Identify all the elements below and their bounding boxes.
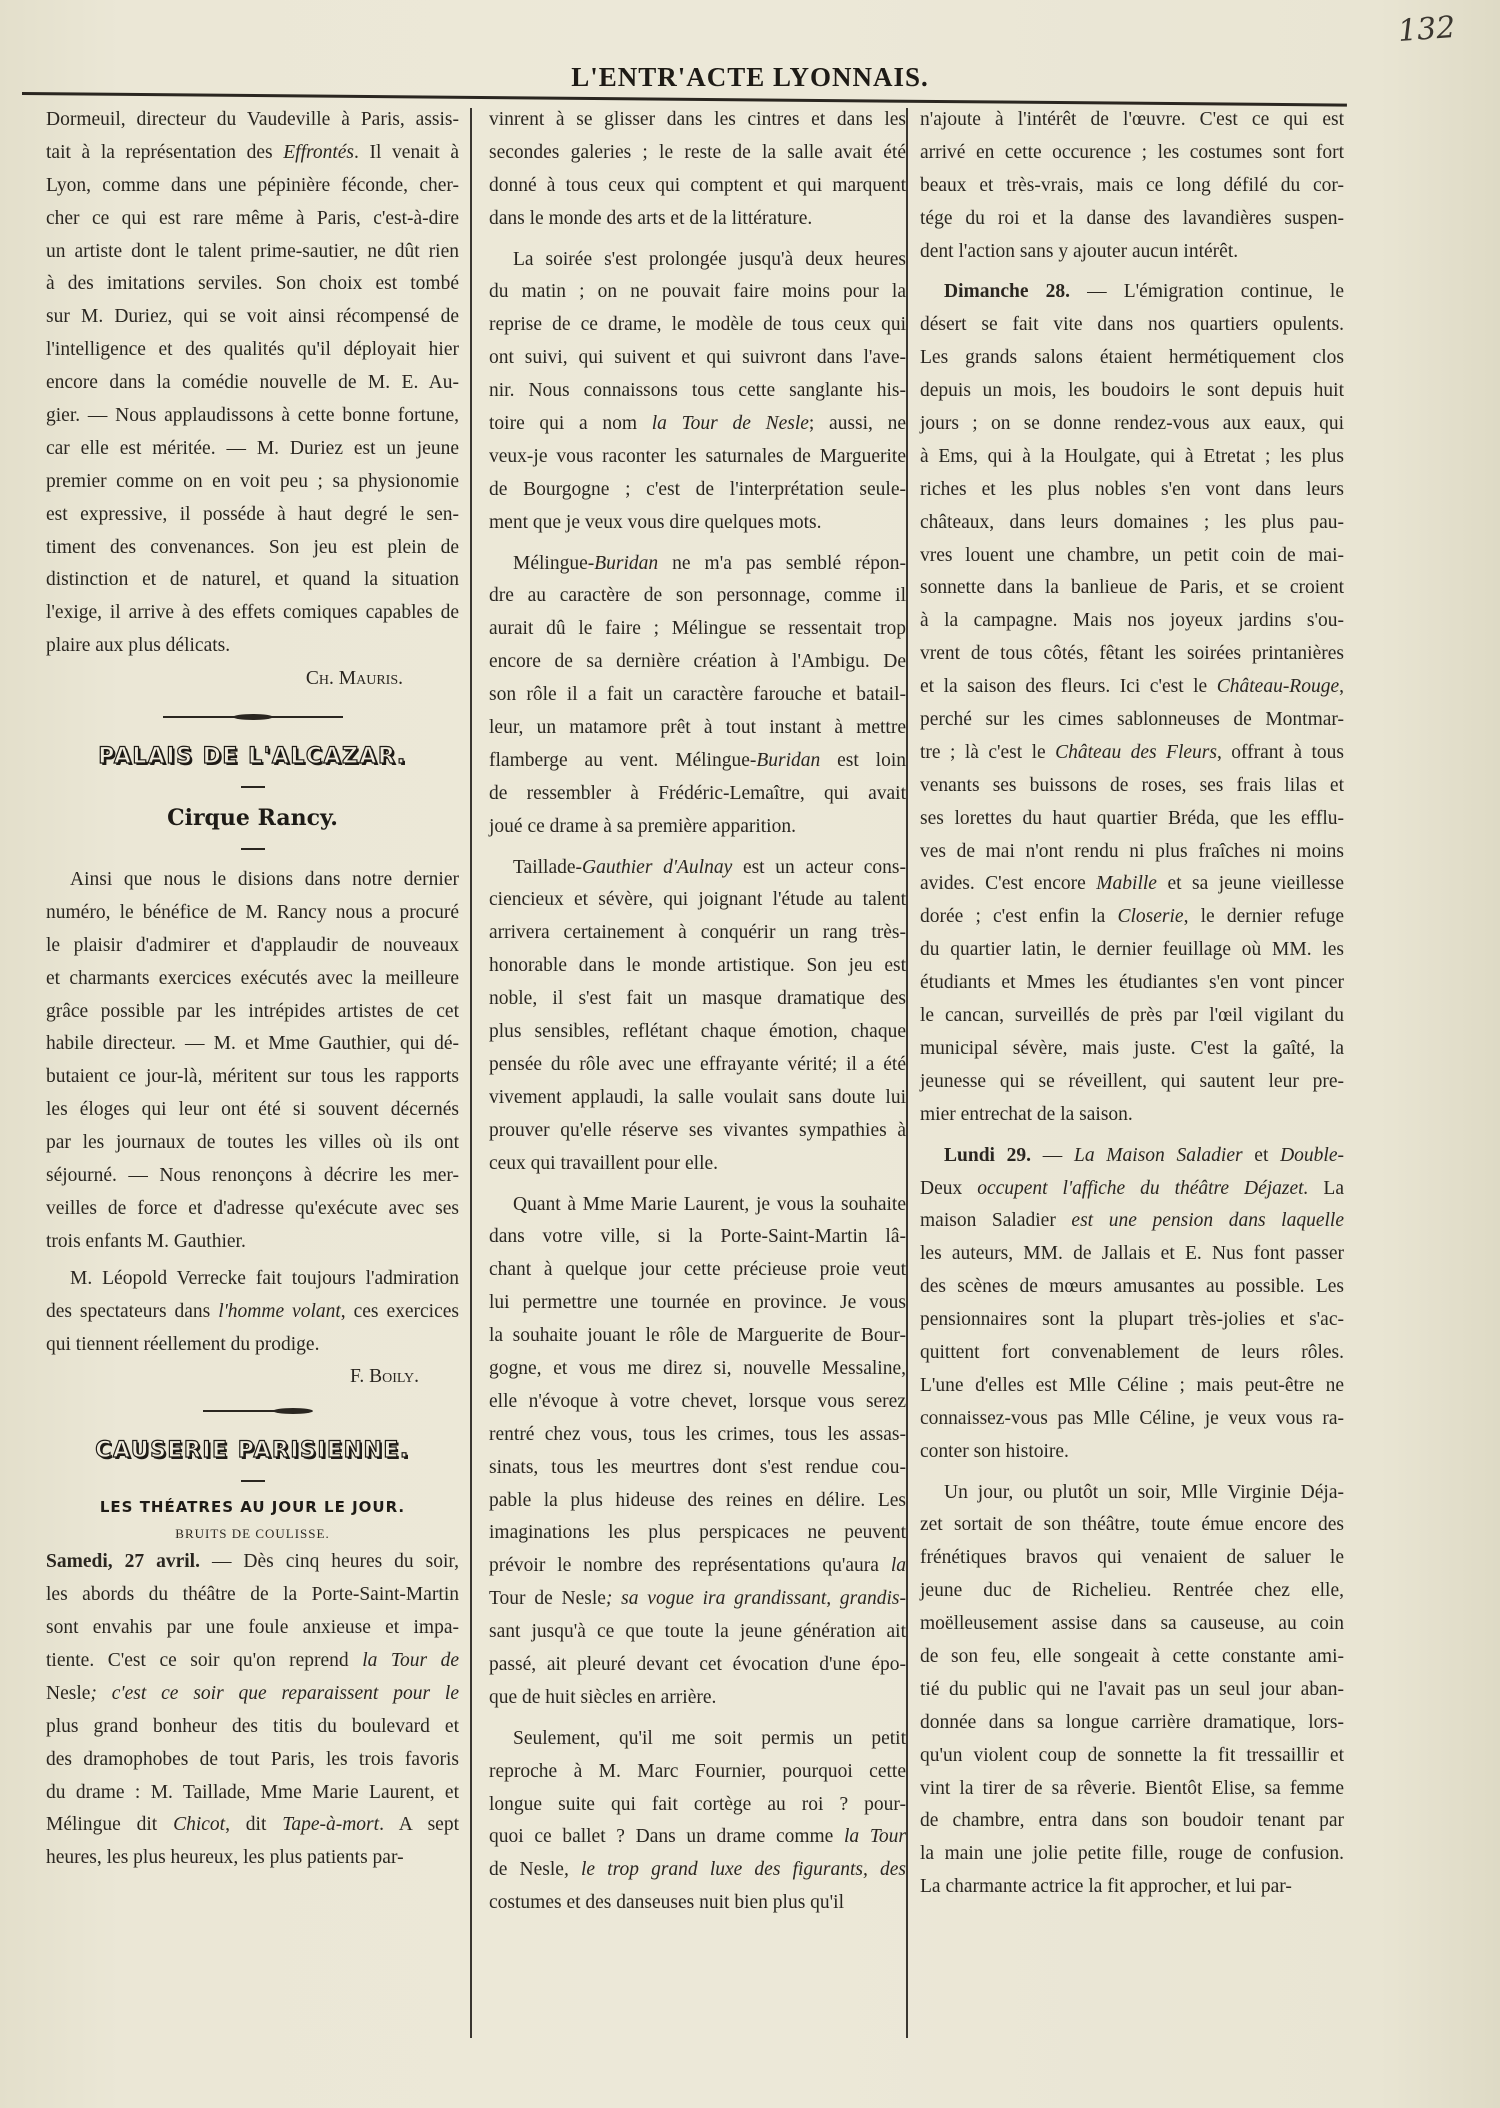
- text-line: les auteurs, MM. de Jallais et E. Nus fo…: [920, 1238, 1344, 1271]
- text-run: dans le monde des arts et de la littérat…: [489, 208, 812, 229]
- text-run: ont suivi, qui suivent et qui suivront d…: [489, 347, 906, 368]
- text-run: dent l'action sans y ajouter aucun intér…: [920, 241, 1238, 262]
- text-line: pensée du rôle avec une effrayante vérit…: [489, 1049, 906, 1082]
- text-run: numéro, le bénéfice de M. Rancy nous a p…: [46, 902, 459, 923]
- text-line: sur M. Duriez, qui se voit ainsi récompe…: [46, 301, 459, 334]
- text-run: noble, il s'est fait un masque dramatiqu…: [489, 988, 906, 1009]
- text-line: La charmante actrice la fit approcher, e…: [920, 1871, 1344, 1904]
- text-line: qui tiennent réellement du prodige.: [46, 1329, 459, 1362]
- text-run: Lundi 29. —: [944, 1145, 1074, 1166]
- text-line: heures, les plus heureux, les plus patie…: [46, 1842, 459, 1875]
- text-line: gier. — Nous applaudissons à cette bonne…: [46, 400, 459, 433]
- text-line: costumes et des danseuses nuit bien plus…: [489, 1887, 906, 1920]
- text-run: La charmante actrice la fit approcher, e…: [920, 1876, 1292, 1897]
- text-line: reprise de ce drame, le modèle de tous c…: [489, 309, 906, 342]
- text-run: Mélingue dit: [46, 1814, 173, 1835]
- text-line: numéro, le bénéfice de M. Rancy nous a p…: [46, 897, 459, 930]
- text-run: depuis un mois, les boudoirs le sont dep…: [920, 380, 1344, 401]
- text-line: ceux qui travaillent pour elle.: [489, 1148, 906, 1181]
- text-run: toire qui a nom: [489, 413, 652, 434]
- text-line: et charmants exercices exécutés avec la …: [46, 963, 459, 996]
- text-line: sont envahis par une foule anxieuse et i…: [46, 1612, 459, 1645]
- text-run: honorable dans le monde artistique. Son …: [489, 955, 906, 976]
- text-run: flamberge au vent. Mélingue-: [489, 750, 756, 771]
- text-run: châteaux, dans leurs domaines ; les plus…: [920, 512, 1344, 533]
- date-lead: Samedi, 27 avril.: [46, 1551, 212, 1572]
- text-line: Taillade-Gauthier d'Aulnay est un acteur…: [489, 852, 906, 885]
- text-line: Lundi 29. — La Maison Saladier et Double…: [920, 1140, 1344, 1173]
- text-run: sonnette dans la banlieue de Paris, et s…: [920, 577, 1344, 598]
- text-run: Samedi, 27 avril. — Dès cinq heures du s…: [46, 1551, 459, 1572]
- text-line: ment que je veux vous dire quelques mots…: [489, 507, 906, 540]
- text-line: moëlleusement assise dans sa causeuse, a…: [920, 1608, 1344, 1641]
- text-line: plus grand bonheur des titis du boulevar…: [46, 1711, 459, 1744]
- text-line: avides. C'est encore Mabille et sa jeune…: [920, 868, 1344, 901]
- text-line: que de huit siècles en arrière.: [489, 1682, 906, 1715]
- date-lead: Dimanche 28.: [944, 281, 1087, 302]
- text-run: tié du public qui ne l'avait pas un seul…: [920, 1679, 1344, 1700]
- text-line: dent l'action sans y ajouter aucun intér…: [920, 236, 1344, 269]
- italic-title: Tape-à-mort: [282, 1814, 379, 1835]
- text-run: imaginations les plus perspicaces ne peu…: [489, 1522, 906, 1543]
- text-line: arrivera certainement à conquérir un ran…: [489, 917, 906, 950]
- italic-title: Double-: [1280, 1145, 1344, 1166]
- text-line: reproche à M. Marc Fournier, pourquoi ce…: [489, 1756, 906, 1789]
- text-line: les abords du théâtre de la Porte-Saint-…: [46, 1579, 459, 1612]
- text-line: dans votre ville, si la Porte-Saint-Mart…: [489, 1221, 906, 1254]
- text-run: butaient ce jour-là, méritent sur tous l…: [46, 1066, 459, 1087]
- text-run: pensionnaires sont la plupart très-jolie…: [920, 1309, 1344, 1330]
- text-run: moëlleusement assise dans sa causeuse, a…: [920, 1613, 1344, 1634]
- masthead-title: L'ENTR'ACTE LYONNAIS.: [0, 62, 1500, 93]
- text-line: la souhaite jouant le rôle de Marguerite…: [489, 1320, 906, 1353]
- text-line: quoi ce ballet ? Dans un drame comme la …: [489, 1821, 906, 1854]
- date-lead: Lundi 29.: [944, 1145, 1043, 1166]
- text-line: donnée dans sa longue carrière dramatiqu…: [920, 1707, 1344, 1740]
- text-run: passé, ait pleuré devant cet évocation d…: [489, 1654, 906, 1675]
- alcazar-paragraph-2: M. Léopold Verrecke fait toujours l'admi…: [46, 1263, 459, 1362]
- text-line: encore dans la comédie nouvelle de M. E.…: [46, 367, 459, 400]
- text-run: Tour de Nesle: [489, 1588, 606, 1609]
- text-run: ,: [1339, 676, 1344, 697]
- text-run: joué ce drame à sa première apparition.: [489, 816, 796, 837]
- text-run: , ces exercices: [341, 1301, 459, 1322]
- text-run: est un acteur cons-: [732, 857, 906, 878]
- text-run: ves de mai n'ont rendu ni plus fraîches …: [920, 841, 1344, 862]
- text-run: aurait dû le faire ; Mélingue se ressent…: [489, 618, 906, 639]
- text-line: joué ce drame à sa première apparition.: [489, 811, 906, 844]
- italic-title: ; c'est ce soir que reparaissent pour le: [90, 1683, 459, 1704]
- text-run: veux-je vous raconter les saturnales de …: [489, 446, 906, 467]
- text-run: de Nesle: [489, 1859, 564, 1880]
- paragraph: La soirée s'est prolongée jusqu'à deux h…: [489, 244, 906, 540]
- text-run: à Ems, qui à la Houlgate, qui à Etretat …: [920, 446, 1344, 467]
- text-run: de son feu, elle songeait à cette consta…: [920, 1646, 1344, 1667]
- text-run: frénétiques bravos qui venaient de salue…: [920, 1547, 1344, 1568]
- alcazar-paragraph-1: Ainsi que nous le disions dans notre der…: [46, 864, 459, 1259]
- text-line: sinats, tous les meurtres dont s'est ren…: [489, 1452, 906, 1485]
- signature-boily: F. Boily.: [46, 1361, 459, 1394]
- text-line: beaux et très-vrais, mais ce long défilé…: [920, 170, 1344, 203]
- section-subtitle-theatres: LES THÉATRES AU JOUR LE JOUR.: [46, 1492, 459, 1522]
- text-run: conter son histoire.: [920, 1441, 1069, 1462]
- text-line: municipal sévère, mais juste. C'est la g…: [920, 1033, 1344, 1066]
- text-line: gogne, et vous me direz si, nouvelle Mes…: [489, 1353, 906, 1386]
- paragraph: Lundi 29. — La Maison Saladier et Double…: [920, 1140, 1344, 1469]
- text-line: de Bourgogne ; c'est de l'interprétation…: [489, 474, 906, 507]
- text-line: séjourné. — Nous renonçons à décrire les…: [46, 1160, 459, 1193]
- text-line: tége du roi et la danse des lavandières …: [920, 203, 1344, 236]
- text-run: Un jour, ou plutôt un soir, Mlle Virgini…: [944, 1482, 1344, 1503]
- text-line: vrent de tous côtés, fêtant les soirées …: [920, 638, 1344, 671]
- text-line: elle n'évoque à votre chevet, lorsque vo…: [489, 1386, 906, 1419]
- text-run: donné à tous ceux qui comptent et qui ma…: [489, 175, 906, 196]
- text-run: , dit: [225, 1814, 282, 1835]
- text-run: gogne, et vous me direz si, nouvelle Mes…: [489, 1358, 906, 1379]
- text-line: vivement applaudi, la salle voulait sans…: [489, 1082, 906, 1115]
- italic-title: ; sa vogue ira grandissant, grandis-: [606, 1588, 906, 1609]
- text-line: dorée ; c'est enfin la Closerie, le dern…: [920, 901, 1344, 934]
- text-run: de chambre, entra dans son boudoir tenan…: [920, 1810, 1344, 1831]
- text-run: Taillade-: [513, 857, 582, 878]
- text-line: par les journaux de toutes les villes où…: [46, 1127, 459, 1160]
- text-run: costumes et des danseuses nuit bien plus…: [489, 1892, 844, 1913]
- text-run: donnée dans sa longue carrière dramatiqu…: [920, 1712, 1344, 1733]
- text-line: vres louent une chambre, un petit coin d…: [920, 540, 1344, 573]
- text-line: tre ; là c'est le Château des Fleurs, of…: [920, 737, 1344, 770]
- text-line: à Ems, qui à la Houlgate, qui à Etretat …: [920, 441, 1344, 474]
- text-run: pensée du rôle avec une effrayante vérit…: [489, 1054, 906, 1075]
- text-line: M. Léopold Verrecke fait toujours l'admi…: [46, 1263, 459, 1296]
- text-line: les éloges qui leur ont été si souvent d…: [46, 1094, 459, 1127]
- text-line: son rôle il a fait un caractère farouche…: [489, 679, 906, 712]
- italic-title: Buridan: [594, 553, 658, 574]
- text-line: depuis un mois, les boudoirs le sont dep…: [920, 375, 1344, 408]
- column-3: n'ajoute à l'intérêt de l'œuvre. C'est c…: [920, 104, 1344, 1904]
- text-line: pable la plus hideuse des reines en déli…: [489, 1485, 906, 1518]
- text-line: prouver qu'elle réserve ses vivantes sym…: [489, 1115, 906, 1148]
- text-line: Quant à Mme Marie Laurent, je vous la so…: [489, 1189, 906, 1222]
- text-line: trois enfants M. Gauthier.: [46, 1226, 459, 1259]
- text-run: Quant à Mme Marie Laurent, je vous la so…: [513, 1194, 906, 1215]
- text-run: elle n'évoque à votre chevet, lorsque vo…: [489, 1391, 906, 1412]
- italic-title: occupent l'affiche du théâtre Déjazet.: [962, 1178, 1323, 1199]
- text-run: La: [1323, 1178, 1344, 1199]
- text-run: Dormeuil, directeur du Vaudeville à Pari…: [46, 109, 459, 130]
- text-run: tiente. C'est ce soir qu'on reprend: [46, 1650, 362, 1671]
- text-run: des spectateurs dans: [46, 1301, 218, 1322]
- text-line: vinrent à se glisser dans les cintres et…: [489, 104, 906, 137]
- text-line: plus sensibles, reflétant chaque émotion…: [489, 1016, 906, 1049]
- text-run: leur, un matamore prêt à tout instant à …: [489, 717, 906, 738]
- text-run: par les journaux de toutes les villes où…: [46, 1132, 459, 1153]
- text-run: prévoir le nombre des représentations qu…: [489, 1555, 891, 1576]
- text-line: vint la tirer de sa rêverie. Bientôt Eli…: [920, 1773, 1344, 1806]
- text-run: désert se fait vite dans nos quartiers o…: [920, 314, 1344, 335]
- text-line: chant à quelque jour cette précieuse pro…: [489, 1254, 906, 1287]
- paragraph: Dimanche 28. — L'émigration continue, le…: [920, 276, 1344, 1131]
- text-run: ne m'a pas semblé répon-: [658, 553, 906, 574]
- text-run: mier entrechat de la saison.: [920, 1104, 1133, 1125]
- italic-title: l'homme volant: [218, 1301, 341, 1322]
- text-line: prévoir le nombre des représentations qu…: [489, 1550, 906, 1583]
- text-line: Seulement, qu'il me soit permis un petit: [489, 1723, 906, 1756]
- text-line: nir. Nous connaissons tous cette sanglan…: [489, 375, 906, 408]
- signature-mauris: Ch. Mauris.: [46, 663, 459, 696]
- section-subtitle-cirque: Cirque Rancy.: [46, 798, 459, 838]
- text-run: le cancan, surveillés de près par l'œil …: [920, 1005, 1344, 1026]
- text-run: la souhaite jouant le rôle de Marguerite…: [489, 1325, 906, 1346]
- italic-title: est une pension dans laquelle: [1056, 1210, 1344, 1231]
- text-run: et la saison des fleurs. Ici c'est le: [920, 676, 1217, 697]
- text-line: imaginations les plus perspicaces ne peu…: [489, 1517, 906, 1550]
- text-run: des scènes de mœurs amusantes au possibl…: [920, 1276, 1344, 1297]
- text-line: Ainsi que nous le disions dans notre der…: [46, 864, 459, 897]
- text-line: Dimanche 28. — L'émigration continue, le: [920, 276, 1344, 309]
- paragraph: Quant à Mme Marie Laurent, je vous la so…: [489, 1189, 906, 1715]
- text-run: municipal sévère, mais juste. C'est la g…: [920, 1038, 1344, 1059]
- text-run: de Bourgogne ; c'est de l'interprétation…: [489, 479, 906, 500]
- text-run: ceux qui travaillent pour elle.: [489, 1153, 718, 1174]
- text-run: distinction et de naturel, et quand la s…: [46, 569, 459, 590]
- text-run: trois enfants M. Gauthier.: [46, 1231, 246, 1252]
- handwritten-folio-number: 132: [1397, 10, 1457, 49]
- text-run: de ressembler à Frédéric-Lemaître, qui a…: [489, 783, 906, 804]
- text-run: cher ce qui est rare même à Paris, c'est…: [46, 208, 459, 229]
- text-run: jeunesse qui se réveillent, qui sautent …: [920, 1071, 1344, 1092]
- text-line: sonnette dans la banlieue de Paris, et s…: [920, 572, 1344, 605]
- text-line: ciencieux et sévère, qui joignant l'étud…: [489, 884, 906, 917]
- text-line: distinction et de naturel, et quand la s…: [46, 564, 459, 597]
- text-run: n'ajoute à l'intérêt de l'œuvre. C'est c…: [920, 109, 1344, 130]
- text-run: Dimanche 28. — L'émigration continue, le: [944, 281, 1344, 302]
- text-run: ment que je veux vous dire quelques mots…: [489, 512, 822, 533]
- text-run: arrivera certainement à conquérir un ran…: [489, 922, 906, 943]
- text-run: vivement applaudi, la salle voulait sans…: [489, 1087, 906, 1108]
- text-line: habile directeur. — M. et Mme Gauthier, …: [46, 1028, 459, 1061]
- text-run: dorée ; c'est enfin la: [920, 906, 1117, 927]
- text-line: de ressembler à Frédéric-Lemaître, qui a…: [489, 778, 906, 811]
- text-line: dans le monde des arts et de la littérat…: [489, 203, 906, 236]
- section-divider-ornament-2: [203, 1408, 303, 1414]
- paragraph: vinrent à se glisser dans les cintres et…: [489, 104, 906, 236]
- text-run: encore de sa dernière création à l'Ambig…: [489, 651, 906, 672]
- text-run: des dramophobes de tout Paris, les trois…: [46, 1749, 459, 1770]
- text-line: de Nesle, le trop grand luxe des figuran…: [489, 1854, 906, 1887]
- italic-title: Château des Fleurs: [1055, 742, 1217, 763]
- text-line: des scènes de mœurs amusantes au possibl…: [920, 1271, 1344, 1304]
- text-line: dre au caractère de son personnage, comm…: [489, 580, 906, 613]
- text-run: à la campagne. Mais nos joyeux jardins s…: [920, 610, 1344, 631]
- text-run: heures, les plus heureux, les plus patie…: [46, 1847, 404, 1868]
- text-run: les auteurs, MM. de Jallais et E. Nus fo…: [920, 1243, 1344, 1264]
- text-line: flamberge au vent. Mélingue-Buridan est …: [489, 745, 906, 778]
- text-run: ciencieux et sévère, qui joignant l'étud…: [489, 889, 906, 910]
- text-run: séjourné. — Nous renonçons à décrire les…: [46, 1165, 459, 1186]
- text-run: qu'un violent coup de sonnette la fit tr…: [920, 1745, 1344, 1766]
- text-run: ses lorettes du haut quartier Bréda, que…: [920, 808, 1344, 829]
- text-line: riches et les plus nobles s'en vont dans…: [920, 474, 1344, 507]
- text-run: vinrent à se glisser dans les cintres et…: [489, 109, 906, 130]
- text-line: Nesle; c'est ce soir que reparaissent po…: [46, 1678, 459, 1711]
- text-line: arrivé en cette occurence ; les costumes…: [920, 137, 1344, 170]
- text-line: étudiants et Mmes les étudiantes s'en vo…: [920, 967, 1344, 1000]
- text-line: sant jusqu'à ce que toute la jeune génér…: [489, 1616, 906, 1649]
- text-line: quittent fort convenablement de leurs rô…: [920, 1337, 1344, 1370]
- text-line: veilles de force et d'adresse qu'exécute…: [46, 1193, 459, 1226]
- text-run: timent des convenances. Son jeu est plei…: [46, 537, 459, 558]
- text-run: , le dernier refuge: [1184, 906, 1344, 927]
- paragraph: Mélingue-Buridan ne m'a pas semblé répon…: [489, 548, 906, 844]
- text-line: l'exige, il arrive à des effets comiques…: [46, 597, 459, 630]
- italic-title: La Maison Saladier: [1074, 1145, 1243, 1166]
- text-line: tiente. C'est ce soir qu'on reprend la T…: [46, 1645, 459, 1678]
- text-run: les abords du théâtre de la Porte-Saint-…: [46, 1584, 459, 1605]
- text-line: veux-je vous raconter les saturnales de …: [489, 441, 906, 474]
- italic-title: , le trop grand luxe des figurants, des: [564, 1859, 906, 1880]
- text-run: Seulement, qu'il me soit permis un petit: [513, 1728, 906, 1749]
- text-run: La soirée s'est prolongée jusqu'à deux h…: [513, 249, 906, 270]
- subtitle-dash: [241, 848, 265, 850]
- text-line: Mélingue dit Chicot, dit Tape-à-mort. A …: [46, 1809, 459, 1842]
- text-line: du quartier latin, le dernier feuillage …: [920, 934, 1344, 967]
- text-line: ont suivi, qui suivent et qui suivront d…: [489, 342, 906, 375]
- text-line: du matin ; on ne pouvait faire moins pou…: [489, 276, 906, 309]
- text-line: jeune duc de Richelieu. Rentrée chez ell…: [920, 1575, 1344, 1608]
- text-line: perché sur les cimes sablonneuses de Mon…: [920, 704, 1344, 737]
- text-line: l'intelligence et des qualités qu'il dép…: [46, 334, 459, 367]
- text-run: plaire aux plus délicats.: [46, 635, 230, 656]
- text-run: quittent fort convenablement de leurs rô…: [920, 1342, 1344, 1363]
- text-run: nir. Nous connaissons tous cette sanglan…: [489, 380, 906, 401]
- text-line: cher ce qui est rare même à Paris, c'est…: [46, 203, 459, 236]
- text-run: L'une d'elles est Mlle Céline ; mais peu…: [920, 1375, 1344, 1396]
- text-line: n'ajoute à l'intérêt de l'œuvre. C'est c…: [920, 104, 1344, 137]
- column-rule-2: [906, 108, 908, 2038]
- text-run: tége du roi et la danse des lavandières …: [920, 208, 1344, 229]
- text-line: passé, ait pleuré devant cet évocation d…: [489, 1649, 906, 1682]
- text-run: est loin: [820, 750, 906, 771]
- text-run: beaux et très-vrais, mais ce long défilé…: [920, 175, 1344, 196]
- text-line: Un jour, ou plutôt un soir, Mlle Virgini…: [920, 1477, 1344, 1510]
- text-line: Tour de Nesle; sa vogue ira grandissant,…: [489, 1583, 906, 1616]
- text-line: connaissez-vous pas Mlle Céline, je veux…: [920, 1403, 1344, 1436]
- text-line: secondes galeries ; le reste de la salle…: [489, 137, 906, 170]
- paragraph: n'ajoute à l'intérêt de l'œuvre. C'est c…: [920, 104, 1344, 268]
- text-run: rentré chez vous, tous les crimes, tous …: [489, 1424, 906, 1445]
- text-run: est expressive, il posséde à haut degré …: [46, 504, 459, 525]
- text-run: jours ; on se donne rendez-vous aux eaux…: [920, 413, 1344, 434]
- text-run: Nesle: [46, 1683, 90, 1704]
- text-line: noble, il s'est fait un masque dramatiqu…: [489, 983, 906, 1016]
- text-run: à des imitations serviles. Son choix est…: [46, 273, 459, 294]
- italic-title: Gauthier d'Aulnay: [582, 857, 732, 878]
- text-run: reprise de ce drame, le modèle de tous c…: [489, 314, 906, 335]
- text-line: Lyon, comme dans une pépinière féconde, …: [46, 170, 459, 203]
- text-line: qu'un violent coup de sonnette la fit tr…: [920, 1740, 1344, 1773]
- text-line: pensionnaires sont la plupart très-jolie…: [920, 1304, 1344, 1337]
- text-run: pable la plus hideuse des reines en déli…: [489, 1490, 906, 1511]
- text-run: la main une jolie petite fille, rouge de…: [920, 1843, 1344, 1864]
- text-run: un artiste dont le talent prime-sautier,…: [46, 241, 459, 262]
- causerie-paragraph-1: Samedi, 27 avril. — Dès cinq heures du s…: [46, 1546, 459, 1875]
- text-line: aurait dû le faire ; Mélingue se ressent…: [489, 613, 906, 646]
- text-line: le cancan, surveillés de près par l'œil …: [920, 1000, 1344, 1033]
- text-line: de chambre, entra dans son boudoir tenan…: [920, 1805, 1344, 1838]
- text-run: gier. — Nous applaudissons à cette bonne…: [46, 405, 459, 426]
- text-line: leur, un matamore prêt à tout instant à …: [489, 712, 906, 745]
- italic-title: Effrontés: [283, 142, 354, 163]
- text-line: tié du public qui ne l'avait pas un seul…: [920, 1674, 1344, 1707]
- text-line: toire qui a nom la Tour de Nesle; aussi,…: [489, 408, 906, 441]
- text-line: désert se fait vite dans nos quartiers o…: [920, 309, 1344, 342]
- text-run: quoi ce ballet ? Dans un drame comme: [489, 1826, 844, 1847]
- text-run: zet sortait de son théâtre, toute émue e…: [920, 1514, 1344, 1535]
- text-run: venants ses buissons de roses, ses frais…: [920, 775, 1344, 796]
- text-run: secondes galeries ; le reste de la salle…: [489, 142, 906, 163]
- italic-title: la Tour: [844, 1826, 906, 1847]
- title-dash: [241, 786, 265, 788]
- text-line: des spectateurs dans l'homme volant, ces…: [46, 1296, 459, 1329]
- text-run: chant à quelque jour cette précieuse pro…: [489, 1259, 906, 1280]
- text-run: du drame : M. Taillade, Mme Marie Lauren…: [46, 1782, 459, 1803]
- text-line: encore de sa dernière création à l'Ambig…: [489, 646, 906, 679]
- column-rule-1: [470, 108, 472, 2038]
- text-run: du matin ; on ne pouvait faire moins pou…: [489, 281, 906, 302]
- italic-title: la Tour de: [362, 1650, 459, 1671]
- text-line: châteaux, dans leurs domaines ; les plus…: [920, 507, 1344, 540]
- text-line: du drame : M. Taillade, Mme Marie Lauren…: [46, 1777, 459, 1810]
- text-run: habile directeur. — M. et Mme Gauthier, …: [46, 1033, 459, 1054]
- text-run: l'intelligence et des qualités qu'il dép…: [46, 339, 459, 360]
- text-line: car elle est méritée. — M. Duriez est un…: [46, 433, 459, 466]
- text-run: sur M. Duriez, qui se voit ainsi récompe…: [46, 306, 459, 327]
- italic-title: la Tour de Nesle: [652, 413, 809, 434]
- text-run: . A sept: [379, 1814, 459, 1835]
- text-line: venants ses buissons de roses, ses frais…: [920, 770, 1344, 803]
- text-line: Deux occupent l'affiche du théâtre Déjaz…: [920, 1173, 1344, 1206]
- text-line: jeunesse qui se réveillent, qui sautent …: [920, 1066, 1344, 1099]
- text-line: frénétiques bravos qui venaient de salue…: [920, 1542, 1344, 1575]
- text-run: dans votre ville, si la Porte-Saint-Mart…: [489, 1226, 906, 1247]
- text-line: mier entrechat de la saison.: [920, 1099, 1344, 1132]
- text-run: maison Saladier: [920, 1210, 1056, 1231]
- text-line: la main une jolie petite fille, rouge de…: [920, 1838, 1344, 1871]
- text-line: de son feu, elle songeait à cette consta…: [920, 1641, 1344, 1674]
- text-line: à des imitations serviles. Son choix est…: [46, 268, 459, 301]
- text-run: veilles de force et d'adresse qu'exécute…: [46, 1198, 459, 1219]
- text-line: à la campagne. Mais nos joyeux jardins s…: [920, 605, 1344, 638]
- text-line: tait à la représentation des Effrontés. …: [46, 137, 459, 170]
- text-run: Lyon, comme dans une pépinière féconde, …: [46, 175, 459, 196]
- text-run: connaissez-vous pas Mlle Céline, je veux…: [920, 1408, 1344, 1429]
- text-run: et charmants exercices exécutés avec la …: [46, 968, 459, 989]
- section-subsubtitle-coulisse: BRUITS DE COULISSE.: [46, 1522, 459, 1546]
- article-duriez: Dormeuil, directeur du Vaudeville à Pari…: [46, 104, 459, 663]
- text-run: sant jusqu'à ce que toute la jeune génér…: [489, 1621, 906, 1642]
- text-line: ses lorettes du haut quartier Bréda, que…: [920, 803, 1344, 836]
- text-run: ; aussi, ne: [809, 413, 906, 434]
- text-run: longue suite qui fait cortège au roi ? p…: [489, 1794, 906, 1815]
- text-run: vres louent une chambre, un petit coin d…: [920, 545, 1344, 566]
- text-run: perché sur les cimes sablonneuses de Mon…: [920, 709, 1344, 730]
- text-line: La soirée s'est prolongée jusqu'à deux h…: [489, 244, 906, 277]
- text-run: grâce possible par les intrépides artist…: [46, 1001, 459, 1022]
- italic-title: Chicot: [173, 1814, 225, 1835]
- text-run: M. Léopold Verrecke fait toujours l'admi…: [70, 1268, 459, 1289]
- text-run: prouver qu'elle réserve ses vivantes sym…: [489, 1120, 906, 1141]
- text-line: L'une d'elles est Mlle Céline ; mais peu…: [920, 1370, 1344, 1403]
